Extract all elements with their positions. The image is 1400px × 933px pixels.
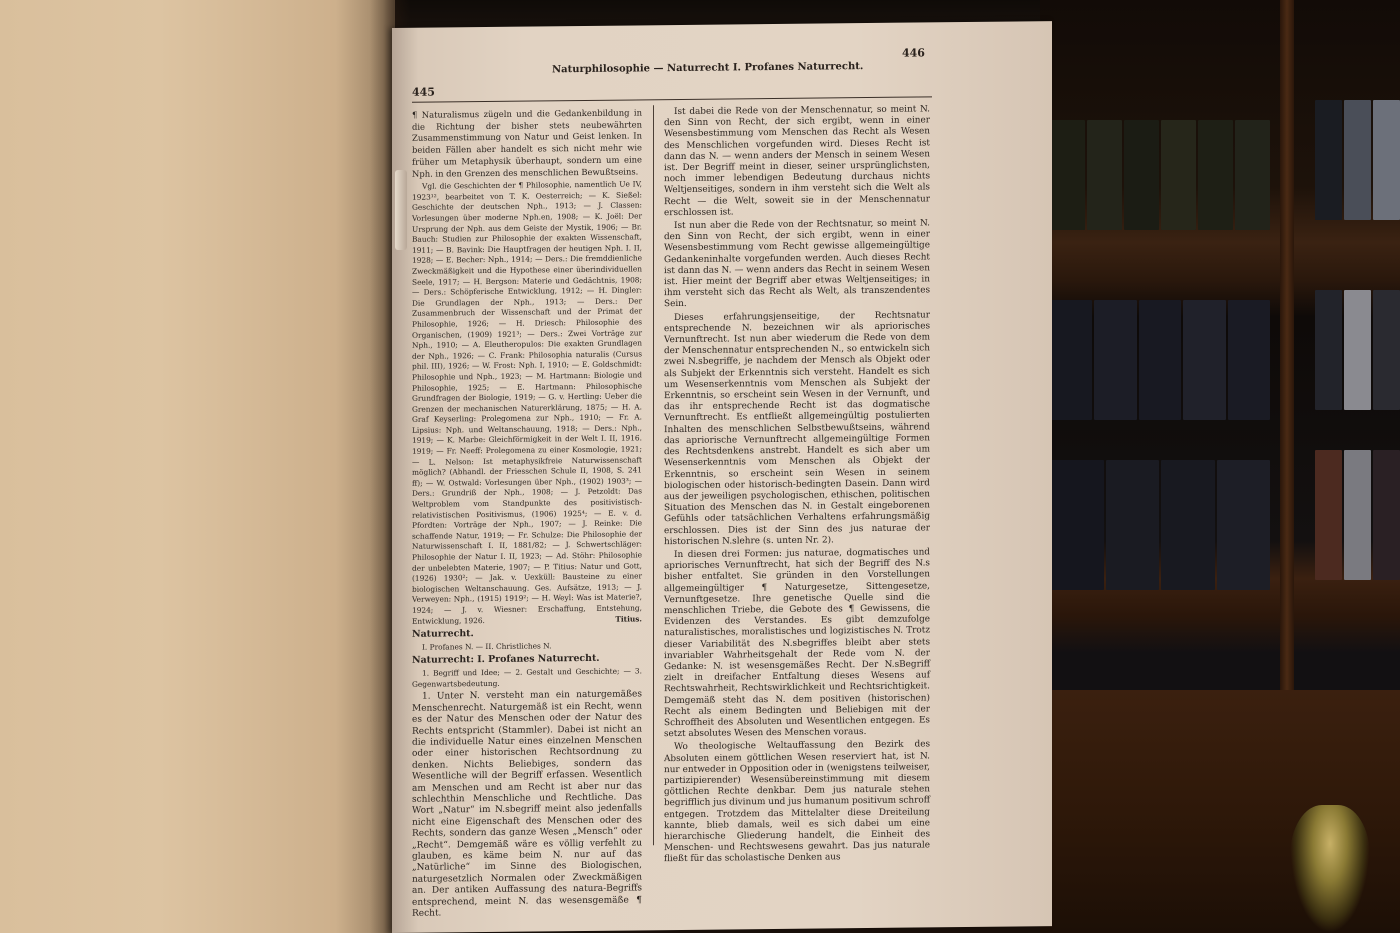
heading-profanes-naturrecht: Naturrecht: I. Profanes Naturrecht.: [412, 653, 642, 667]
bibliography-text: Vgl. die Geschichten der ¶ Philosophie, …: [412, 180, 642, 626]
book-spines-row: [1050, 460, 1270, 590]
intro-paragraph: ¶ Naturalismus zügeln und die Gedankenbi…: [412, 107, 642, 180]
heading-naturrecht: Naturrecht.: [412, 627, 642, 641]
paragraph-theologische: Wo theologische Weltauffassung den Bezir…: [664, 740, 930, 866]
book-spines-row: [1315, 450, 1400, 580]
paragraph-drei-formen: In diesen drei Formen: jus naturae, dogm…: [664, 547, 930, 740]
paragraph-menschennatur: Ist dabei die Rede von der Menschennatur…: [664, 104, 930, 219]
paragraph-rechtsnatur: Ist nun aber die Rede von der Rechtsnatu…: [664, 218, 930, 310]
book-spines-row: [1050, 120, 1270, 230]
printed-page: 446 Naturphilosophie — Naturrecht I. Pro…: [392, 21, 1052, 933]
right-column: Ist dabei die Rede von der Menschennatur…: [664, 104, 930, 867]
brass-ornament: [1290, 805, 1370, 933]
page-number-right: 446: [902, 46, 925, 59]
book-spines-row: [1050, 300, 1270, 420]
shelf-divider: [1280, 0, 1294, 720]
subheading-divisions: I. Profanes N. — II. Christliches N.: [412, 640, 642, 653]
column-rule: [653, 105, 654, 845]
author-signature: Titius.: [605, 614, 642, 625]
left-column: ¶ Naturalismus zügeln und die Gedankenbi…: [412, 107, 642, 922]
binding-thread: [395, 170, 407, 250]
book-spines-row: [1315, 100, 1400, 220]
bibliography: Vgl. die Geschichten der ¶ Philosophie, …: [412, 180, 642, 627]
section-outline: 1. Begriff und Idee; — 2. Gestalt und Ge…: [412, 667, 642, 691]
page-number-left: 445: [412, 86, 435, 99]
running-head: Naturphilosophie — Naturrecht I. Profane…: [552, 61, 863, 75]
paragraph-1: 1. Unter N. versteht man ein naturgemäße…: [412, 690, 642, 921]
left-blank-page: [0, 0, 395, 933]
header-rule: [412, 96, 932, 102]
book-spines-row: [1315, 290, 1400, 410]
paragraph-vernunftrecht: Dieses erfahrungsjenseitige, der Rechtsn…: [664, 310, 930, 548]
